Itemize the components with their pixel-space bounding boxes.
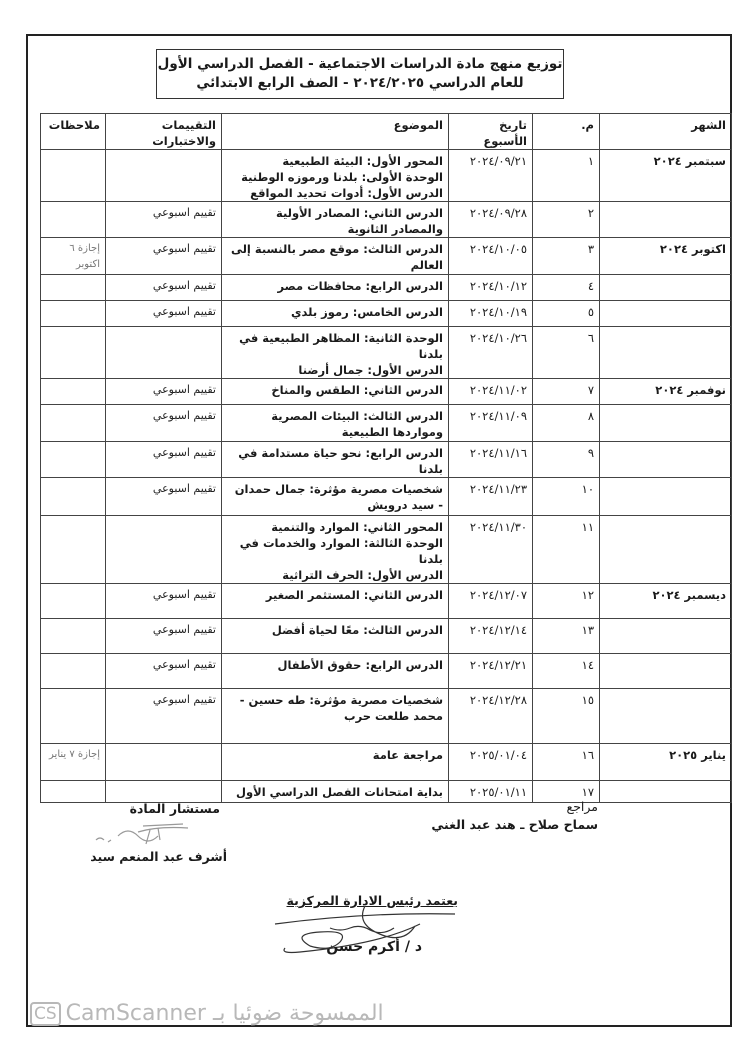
topic-cell: الدرس الرابع: محافظات مصر — [222, 275, 449, 301]
notes-cell — [41, 619, 106, 654]
topic-line: الدرس الأول: جمال أرضنا — [227, 362, 443, 378]
topic-line: بداية امتحانات الفصل الدراسي الأول — [227, 784, 443, 800]
evaluation-cell: تقييم اسبوعي — [106, 275, 222, 301]
evaluation-cell: تقييم اسبوعي — [106, 584, 222, 619]
week-date-cell: ٢٠٢٤/١١/٢٣ — [449, 478, 533, 516]
number-cell: ١٣ — [533, 619, 600, 654]
topic-line: الدرس الثاني: الطقس والمناخ — [227, 382, 443, 398]
evaluation-cell — [106, 327, 222, 379]
week-date-cell: ٢٠٢٤/١١/٠٢ — [449, 379, 533, 405]
topic-cell: شخصيات مصرية مؤثرة: جمال حمدان - سيد درو… — [222, 478, 449, 516]
month-cell — [600, 478, 732, 516]
evaluation-cell: تقييم اسبوعي — [106, 379, 222, 405]
notes-cell — [41, 150, 106, 202]
evaluation-cell: تقييم اسبوعي — [106, 478, 222, 516]
number-cell: ١٤ — [533, 654, 600, 689]
topic-line: المحور الثاني: الموارد والتنمية — [227, 519, 443, 535]
topic-cell: المحور الأول: البيئة الطبيعيةالوحدة الأو… — [222, 150, 449, 202]
number-cell: ٥ — [533, 301, 600, 327]
topic-line: الدرس الثالث: البيئات المصرية ومواردها ا… — [227, 408, 443, 440]
month-cell — [600, 619, 732, 654]
evaluation-cell: تقييم اسبوعي — [106, 405, 222, 442]
consultant-name: أشرف عبد المنعم سيد — [102, 848, 227, 866]
topic-line: الوحدة الثالثة: الموارد والخدمات في بلدن… — [227, 535, 443, 567]
evaluation-cell — [106, 516, 222, 584]
topic-line: شخصيات مصرية مؤثرة: طه حسين - محمد طلعت … — [227, 692, 443, 724]
notes-cell — [41, 689, 106, 744]
title-line-1: توزيع منهج مادة الدراسات الاجتماعية - ال… — [157, 55, 563, 74]
header-evaluations: التقييمات والاختبارات — [106, 114, 222, 150]
topic-line: الدرس الثالث: موقع مصر بالنسبة إلى العال… — [227, 241, 443, 273]
week-date-cell: ٢٠٢٤/١٢/٢٨ — [449, 689, 533, 744]
table-row: سبتمبر ٢٠٢٤١٢٠٢٤/٠٩/٢١المحور الأول: البي… — [41, 150, 732, 202]
topic-line: المحور الأول: البيئة الطبيعية — [227, 153, 443, 169]
topic-cell: الدرس الثاني: الطقس والمناخ — [222, 379, 449, 405]
month-cell — [600, 202, 732, 238]
table-row: ٢٢٠٢٤/٠٩/٢٨الدرس الثاني: المصادر الأولية… — [41, 202, 732, 238]
week-date-cell: ٢٠٢٤/١٠/١٢ — [449, 275, 533, 301]
week-date-cell: ٢٠٢٤/١٢/٠٧ — [449, 584, 533, 619]
month-cell — [600, 781, 732, 803]
topic-line: الدرس الرابع: نحو حياة مستدامة في بلدنا — [227, 445, 443, 477]
evaluation-cell: تقييم اسبوعي — [106, 619, 222, 654]
topic-cell: الدرس الثاني: المصادر الأولية والمصادر ا… — [222, 202, 449, 238]
watermark-text: CamScanner الممسوحة ضوئيا بـ — [66, 1001, 384, 1026]
month-cell — [600, 327, 732, 379]
week-date-cell: ٢٠٢٤/١١/٠٩ — [449, 405, 533, 442]
month-cell — [600, 689, 732, 744]
notes-cell — [41, 478, 106, 516]
topic-cell: بداية امتحانات الفصل الدراسي الأول — [222, 781, 449, 803]
notes-cell: إجازة ٧ يناير — [41, 744, 106, 781]
month-cell — [600, 442, 732, 478]
topic-cell: الوحدة الثانية: المظاهر الطبيعية في بلدن… — [222, 327, 449, 379]
topic-line: الدرس الأول: أدوات تحديد المواقع — [227, 185, 443, 201]
topic-cell: الدرس الثالث: معًا لحياة أفضل — [222, 619, 449, 654]
topic-line: الدرس الخامس: رموز بلدي — [227, 304, 443, 320]
week-date-cell: ٢٠٢٤/٠٩/٢٨ — [449, 202, 533, 238]
evaluation-cell: تقييم اسبوعي — [106, 654, 222, 689]
week-date-cell: ٢٠٢٤/١١/٣٠ — [449, 516, 533, 584]
table-row: ١٣٢٠٢٤/١٢/١٤الدرس الثالث: معًا لحياة أفض… — [41, 619, 732, 654]
month-cell: ديسمبر ٢٠٢٤ — [600, 584, 732, 619]
evaluation-cell: تقييم اسبوعي — [106, 202, 222, 238]
evaluation-cell: تقييم اسبوعي — [106, 689, 222, 744]
reviewers-block: مراجع سماح صلاح ـ هند عبد الغني — [431, 798, 598, 834]
table-row: يناير ٢٠٢٥١٦٢٠٢٥/٠١/٠٤مراجعة عامةإجازة ٧… — [41, 744, 732, 781]
notes-cell — [41, 405, 106, 442]
number-cell: ٢ — [533, 202, 600, 238]
topic-line: الدرس الرابع: محافظات مصر — [227, 278, 443, 294]
evaluation-cell — [106, 744, 222, 781]
number-cell: ٧ — [533, 379, 600, 405]
reviewers-label: مراجع — [431, 798, 598, 816]
week-date-cell: ٢٠٢٤/١٢/٢١ — [449, 654, 533, 689]
evaluation-cell: تقييم اسبوعي — [106, 301, 222, 327]
table-row: ٤٢٠٢٤/١٠/١٢الدرس الرابع: محافظات مصرتقيي… — [41, 275, 732, 301]
topic-line: الدرس الثالث: معًا لحياة أفضل — [227, 622, 443, 638]
month-cell — [600, 275, 732, 301]
month-cell: يناير ٢٠٢٥ — [600, 744, 732, 781]
week-date-cell: ٢٠٢٥/٠١/٠٤ — [449, 744, 533, 781]
header-number: م. — [533, 114, 600, 150]
number-cell: ٤ — [533, 275, 600, 301]
evaluation-cell — [106, 150, 222, 202]
topic-line: الدرس الثاني: المصادر الأولية والمصادر ا… — [227, 205, 443, 237]
month-cell — [600, 405, 732, 442]
month-cell: نوفمبر ٢٠٢٤ — [600, 379, 732, 405]
month-cell — [600, 654, 732, 689]
topic-cell: الدرس الرابع: حقوق الأطفال — [222, 654, 449, 689]
header-week-date: تاريخ الأسبوع — [449, 114, 533, 150]
consultant-signature-icon — [88, 822, 198, 848]
table-row: اكتوبر ٢٠٢٤٣٢٠٢٤/١٠/٠٥الدرس الثالث: موقع… — [41, 238, 732, 275]
topic-cell: شخصيات مصرية مؤثرة: طه حسين - محمد طلعت … — [222, 689, 449, 744]
month-cell: سبتمبر ٢٠٢٤ — [600, 150, 732, 202]
consultant-label: مستشار المادة — [100, 800, 220, 818]
notes-cell: إجازة ٦ اكتوبر — [41, 238, 106, 275]
notes-cell — [41, 442, 106, 478]
topic-cell: الدرس الرابع: نحو حياة مستدامة في بلدنا — [222, 442, 449, 478]
table-row: ١٤٢٠٢٤/١٢/٢١الدرس الرابع: حقوق الأطفالتق… — [41, 654, 732, 689]
title-line-2: للعام الدراسي ٢٠٢٤/٢٠٢٥ - الصف الرابع ال… — [157, 74, 563, 93]
table-row: ٩٢٠٢٤/١١/١٦الدرس الرابع: نحو حياة مستدام… — [41, 442, 732, 478]
notes-cell — [41, 584, 106, 619]
month-cell: اكتوبر ٢٠٢٤ — [600, 238, 732, 275]
reviewers-names: سماح صلاح ـ هند عبد الغني — [431, 816, 598, 834]
topic-line: الدرس الثاني: المستثمر الصغير — [227, 587, 443, 603]
number-cell: ١٢ — [533, 584, 600, 619]
table-row: ديسمبر ٢٠٢٤١٢٢٠٢٤/١٢/٠٧الدرس الثاني: الم… — [41, 584, 732, 619]
topic-cell: الدرس الثاني: المستثمر الصغير — [222, 584, 449, 619]
camscanner-watermark: CSCamScanner الممسوحة ضوئيا بـ — [30, 1001, 450, 1029]
table-row: ٦٢٠٢٤/١٠/٢٦الوحدة الثانية: المظاهر الطبي… — [41, 327, 732, 379]
approver-name: د / أكرم حسن — [310, 938, 422, 956]
topic-line: الوحدة الأولى: بلدنا ورموزه الوطنية — [227, 169, 443, 185]
number-cell: ٨ — [533, 405, 600, 442]
document-title: توزيع منهج مادة الدراسات الاجتماعية - ال… — [156, 49, 564, 99]
week-date-cell: ٢٠٢٤/١١/١٦ — [449, 442, 533, 478]
topic-line: شخصيات مصرية مؤثرة: جمال حمدان - سيد درو… — [227, 481, 443, 513]
topic-line: الوحدة الثانية: المظاهر الطبيعية في بلدن… — [227, 330, 443, 362]
notes-cell — [41, 202, 106, 238]
number-cell: ٩ — [533, 442, 600, 478]
notes-cell — [41, 654, 106, 689]
table-row: نوفمبر ٢٠٢٤٧٢٠٢٤/١١/٠٢الدرس الثاني: الطق… — [41, 379, 732, 405]
week-date-cell: ٢٠٢٤/١٠/٠٥ — [449, 238, 533, 275]
table-row: ١١٢٠٢٤/١١/٣٠المحور الثاني: الموارد والتن… — [41, 516, 732, 584]
header-topic: الموضوع — [222, 114, 449, 150]
number-cell: ١٥ — [533, 689, 600, 744]
number-cell: ١٠ — [533, 478, 600, 516]
number-cell: ٦ — [533, 327, 600, 379]
topic-cell: الدرس الخامس: رموز بلدي — [222, 301, 449, 327]
notes-cell — [41, 516, 106, 584]
notes-cell — [41, 275, 106, 301]
month-cell — [600, 301, 732, 327]
number-cell: ١٦ — [533, 744, 600, 781]
table-header-row: الشهر م. تاريخ الأسبوع الموضوع التقييمات… — [41, 114, 732, 150]
number-cell: ١١ — [533, 516, 600, 584]
table-row: ١٠٢٠٢٤/١١/٢٣شخصيات مصرية مؤثرة: جمال حمد… — [41, 478, 732, 516]
header-month: الشهر — [600, 114, 732, 150]
topic-cell: المحور الثاني: الموارد والتنميةالوحدة ال… — [222, 516, 449, 584]
consultant-block: مستشار المادة — [100, 800, 220, 818]
header-notes: ملاحظات — [41, 114, 106, 150]
week-date-cell: ٢٠٢٤/١٠/٢٦ — [449, 327, 533, 379]
topic-cell: الدرس الثالث: البيئات المصرية ومواردها ا… — [222, 405, 449, 442]
notes-cell — [41, 379, 106, 405]
table-row: ٨٢٠٢٤/١١/٠٩الدرس الثالث: البيئات المصرية… — [41, 405, 732, 442]
notes-cell — [41, 327, 106, 379]
week-date-cell: ٢٠٢٤/١٠/١٩ — [449, 301, 533, 327]
consultant-name-block: أشرف عبد المنعم سيد — [102, 848, 227, 866]
evaluation-cell: تقييم اسبوعي — [106, 238, 222, 275]
topic-line: الدرس الرابع: حقوق الأطفال — [227, 657, 443, 673]
week-date-cell: ٢٠٢٤/٠٩/٢١ — [449, 150, 533, 202]
topic-line: مراجعة عامة — [227, 747, 443, 763]
table-row: ٥٢٠٢٤/١٠/١٩الدرس الخامس: رموز بلديتقييم … — [41, 301, 732, 327]
curriculum-table: الشهر م. تاريخ الأسبوع الموضوع التقييمات… — [40, 113, 732, 803]
topic-cell: الدرس الثالث: موقع مصر بالنسبة إلى العال… — [222, 238, 449, 275]
notes-cell — [41, 301, 106, 327]
topic-cell: مراجعة عامة — [222, 744, 449, 781]
table-row: ١٥٢٠٢٤/١٢/٢٨شخصيات مصرية مؤثرة: طه حسين … — [41, 689, 732, 744]
topic-line: الدرس الأول: الحرف التراثية — [227, 567, 443, 583]
evaluation-cell: تقييم اسبوعي — [106, 442, 222, 478]
number-cell: ١ — [533, 150, 600, 202]
week-date-cell: ٢٠٢٤/١٢/١٤ — [449, 619, 533, 654]
camscanner-logo-icon: CS — [30, 1002, 61, 1026]
month-cell — [600, 516, 732, 584]
notes-cell — [41, 781, 106, 803]
number-cell: ٣ — [533, 238, 600, 275]
